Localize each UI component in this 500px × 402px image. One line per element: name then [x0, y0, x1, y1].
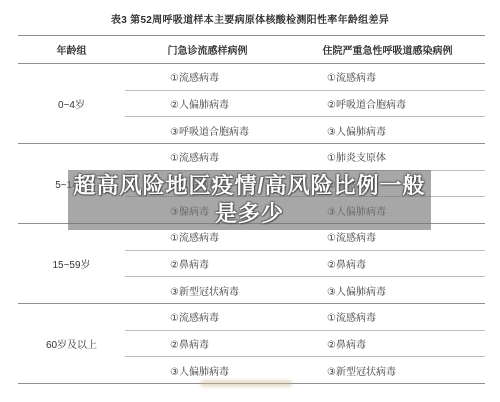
rank-2-subrow: ②人偏肺病毒 ②呼吸道合胞病毒 — [125, 91, 485, 118]
rank-1-subrow: ①流感病毒 ①肺炎支原体 — [125, 144, 485, 171]
header-hospitalized-sari: 住院严重急性呼吸道感染病例 — [290, 42, 485, 57]
header-outpatient-ili: 门急诊流感样病例 — [125, 42, 290, 57]
rank-2-subrow: ②鼻病毒 ②鼻病毒 — [125, 331, 485, 358]
ili-rank-1: ①流感病毒 — [125, 309, 290, 324]
caption-line-1: 超高风险地区疫情/高风险比例一般 — [73, 172, 425, 200]
sari-rank-3: ③人偏肺病毒 — [290, 283, 485, 298]
ili-rank-1: ①流感病毒 — [125, 149, 290, 164]
row-cells: ①流感病毒 ①流感病毒 ②鼻病毒 ②鼻病毒 ③新型冠状病毒 ③人偏肺病毒 — [125, 224, 485, 303]
ili-rank-3: ③呼吸道合胞病毒 — [125, 123, 290, 138]
video-caption-overlay: 超高风险地区疫情/高风险比例一般 是多少 — [68, 170, 431, 230]
screenshot-root: 表3 第52周呼吸道样本主要病原体核酸检测阳性率年龄组差异 年龄组 门急诊流感样… — [0, 0, 500, 402]
ili-rank-3: ③人偏肺病毒 — [125, 363, 290, 378]
table-row: 60岁及以上 ①流感病毒 ①流感病毒 ②鼻病毒 ②鼻病毒 ③人偏肺病毒 ③新型冠… — [18, 304, 485, 384]
sari-rank-1: ①流感病毒 — [290, 309, 485, 324]
rank-3-subrow: ③新型冠状病毒 ③人偏肺病毒 — [125, 277, 485, 303]
sari-rank-3: ③人偏肺病毒 — [290, 123, 485, 138]
age-group-label: 60岁及以上 — [18, 304, 125, 383]
rank-3-subrow: ③人偏肺病毒 ③新型冠状病毒 — [125, 357, 485, 383]
table-row: 0~4岁 ①流感病毒 ①流感病毒 ②人偏肺病毒 ②呼吸道合胞病毒 ③呼吸道合胞病… — [18, 64, 485, 144]
table-row: 15~59岁 ①流感病毒 ①流感病毒 ②鼻病毒 ②鼻病毒 ③新型冠状病毒 ③人偏… — [18, 224, 485, 304]
rank-3-subrow: ③呼吸道合胞病毒 ③人偏肺病毒 — [125, 117, 485, 143]
sari-rank-3: ③新型冠状病毒 — [290, 363, 485, 378]
ili-rank-2: ②鼻病毒 — [125, 336, 290, 351]
sari-rank-2: ②呼吸道合胞病毒 — [290, 96, 485, 111]
ili-rank-3: ③新型冠状病毒 — [125, 283, 290, 298]
table-title: 表3 第52周呼吸道样本主要病原体核酸检测阳性率年龄组差异 — [0, 14, 500, 28]
caption-line-2: 是多少 — [215, 200, 284, 228]
sari-rank-1: ①流感病毒 — [290, 229, 485, 244]
sari-rank-1: ①流感病毒 — [290, 69, 485, 84]
age-group-label: 15~59岁 — [18, 224, 125, 303]
sari-rank-1: ①肺炎支原体 — [290, 149, 485, 164]
header-age-group: 年龄组 — [18, 42, 125, 57]
rank-1-subrow: ①流感病毒 ①流感病毒 — [125, 64, 485, 91]
rank-1-subrow: ①流感病毒 ①流感病毒 — [125, 304, 485, 331]
age-group-label: 0~4岁 — [18, 64, 125, 143]
row-cells: ①流感病毒 ①流感病毒 ②人偏肺病毒 ②呼吸道合胞病毒 ③呼吸道合胞病毒 ③人偏… — [125, 64, 485, 143]
ili-rank-1: ①流感病毒 — [125, 229, 290, 244]
table-header-row: 年龄组 门急诊流感样病例 住院严重急性呼吸道感染病例 — [18, 36, 485, 64]
ili-rank-2: ②鼻病毒 — [125, 256, 290, 271]
ili-rank-2: ②人偏肺病毒 — [125, 96, 290, 111]
row-cells: ①流感病毒 ①流感病毒 ②鼻病毒 ②鼻病毒 ③人偏肺病毒 ③新型冠状病毒 — [125, 304, 485, 383]
ili-rank-1: ①流感病毒 — [125, 69, 290, 84]
rank-2-subrow: ②鼻病毒 ②鼻病毒 — [125, 251, 485, 278]
sari-rank-2: ②鼻病毒 — [290, 256, 485, 271]
sari-rank-2: ②鼻病毒 — [290, 336, 485, 351]
watermark-smudge — [200, 380, 292, 387]
